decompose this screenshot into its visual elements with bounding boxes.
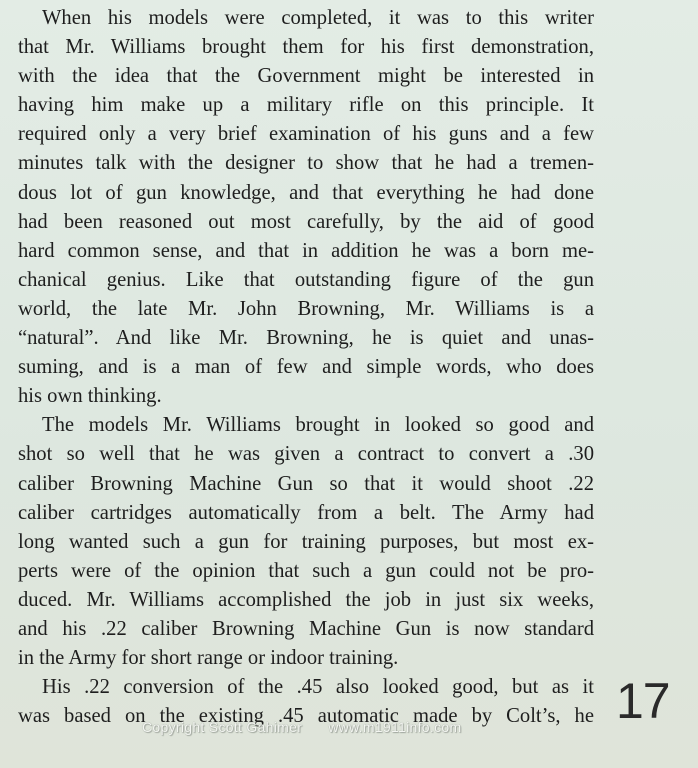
watermark-copyright: Copyright Scott Gahimer xyxy=(142,719,302,735)
text-line: The models Mr. Williams brought in looke… xyxy=(18,411,594,440)
text-line: chanical genius. Like that outstanding f… xyxy=(18,266,594,295)
text-line: hard common sense, and that in addition … xyxy=(18,237,594,266)
text-line: When his models were completed, it was t… xyxy=(18,4,594,33)
text-line: in the Army for short range or indoor tr… xyxy=(18,644,594,673)
text-line: “natural”. And like Mr. Browning, he is … xyxy=(18,324,594,353)
page-number: 17 xyxy=(616,672,670,730)
text-line: dous lot of gun knowledge, and that ever… xyxy=(18,179,594,208)
text-line: duced. Mr. Williams accomplished the job… xyxy=(18,586,594,615)
text-line: having him make up a military rifle on t… xyxy=(18,91,594,120)
text-line: minutes talk with the designer to show t… xyxy=(18,149,594,178)
text-line: caliber cartridges automatically from a … xyxy=(18,499,594,528)
text-line: world, the late Mr. John Browning, Mr. W… xyxy=(18,295,594,324)
text-line: long wanted such a gun for training purp… xyxy=(18,528,594,557)
text-line: His .22 conversion of the .45 also looke… xyxy=(18,673,594,702)
watermark-website: www.m1911info.com xyxy=(328,719,461,735)
text-line: had been reasoned out most carefully, by… xyxy=(18,208,594,237)
paragraph-1: When his models were completed, it was t… xyxy=(18,4,594,411)
text-line: with the idea that the Government might … xyxy=(18,62,594,91)
text-line: suming, and is a man of few and simple w… xyxy=(18,353,594,382)
paragraph-2: The models Mr. Williams brought in looke… xyxy=(18,411,594,673)
text-line: caliber Browning Machine Gun so that it … xyxy=(18,470,594,499)
text-line: that Mr. Williams brought them for his f… xyxy=(18,33,594,62)
text-line: and his .22 caliber Browning Machine Gun… xyxy=(18,615,594,644)
watermark: Copyright Scott Gahimerwww.m1911info.com xyxy=(142,719,562,735)
text-line: his own thinking. xyxy=(18,382,594,411)
text-line: shot so well that he was given a contrac… xyxy=(18,440,594,469)
text-line: required only a very brief examination o… xyxy=(18,120,594,149)
text-line: perts were of the opinion that such a gu… xyxy=(18,557,594,586)
page-body: When his models were completed, it was t… xyxy=(18,4,594,731)
